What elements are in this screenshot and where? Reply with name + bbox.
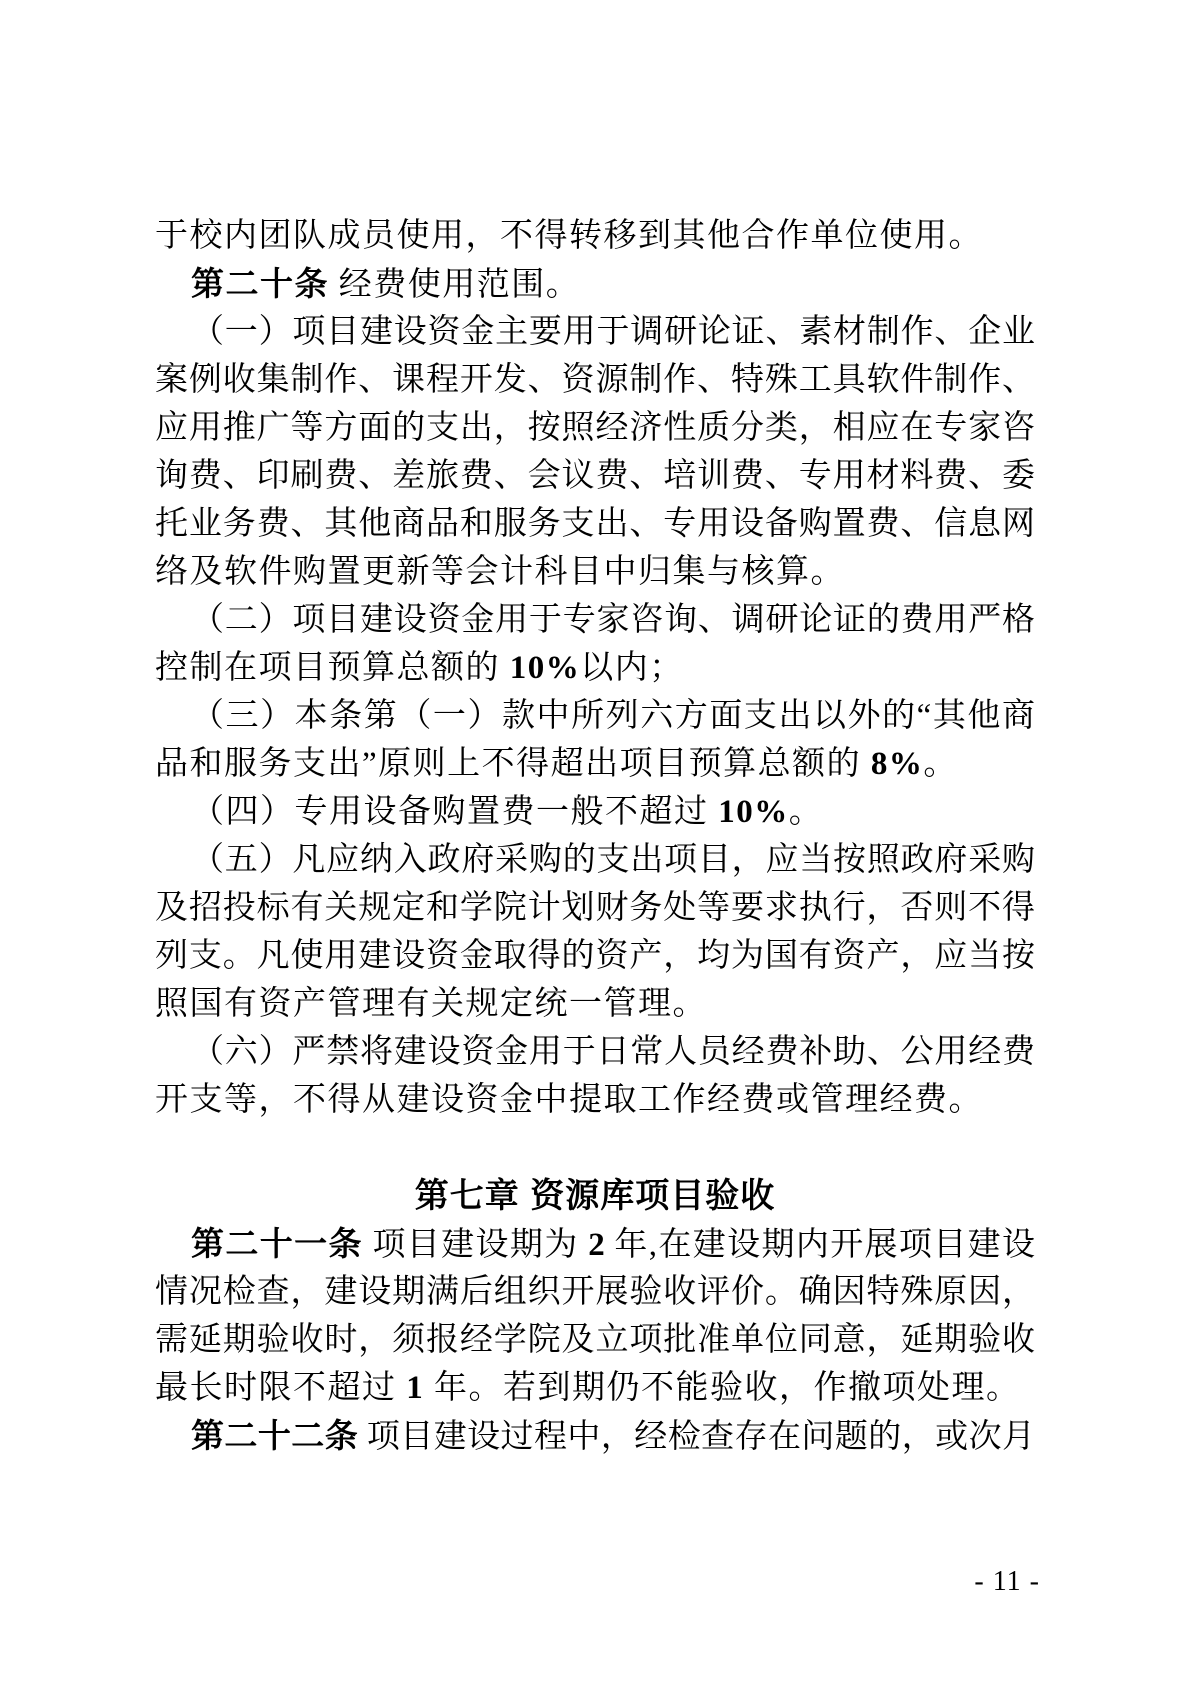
text-run: 及招投标有关规定和学院计划财务处等要求执行，否则不得	[155, 890, 1035, 926]
document-line: 络及软件购置更新等会计科目中归集与核算。	[155, 548, 1035, 596]
numeric-emphasis: 1	[406, 1370, 424, 1406]
numeric-emphasis: 10%	[510, 650, 581, 686]
document-line: 询费、印刷费、差旅费、会议费、培训费、专用材料费、委	[155, 452, 1035, 500]
text-run: （六）严禁将建设资金用于日常人员经费补助、公用经费	[191, 1034, 1035, 1070]
document-line: 情况检查，建设期满后组织开展验收评价。确因特殊原因，	[155, 1268, 1035, 1316]
article-number-label: 第二十条	[191, 265, 329, 302]
text-run: （五）凡应纳入政府采购的支出项目，应当按照政府采购	[191, 842, 1035, 878]
text-run: 情况检查，建设期满后组织开展验收评价。确因特殊原因，	[155, 1274, 1035, 1310]
article-number-label: 第二十二条	[191, 1417, 358, 1454]
document-line: （五）凡应纳入政府采购的支出项目，应当按照政府采购	[155, 836, 1035, 884]
numeric-emphasis: 2	[588, 1227, 605, 1263]
text-run: 案例收集制作、课程开发、资源制作、特殊工具软件制作、	[155, 362, 1035, 398]
document-line: 托业务费、其他商品和服务支出、专用设备购置费、信息网	[155, 500, 1035, 548]
text-run: 项目建设过程中，经检查存在问题的，或次月	[358, 1419, 1035, 1455]
text-run: 控制在项目预算总额的	[155, 650, 510, 686]
text-run: 开支等，不得从建设资金中提取工作经费或管理经费。	[155, 1082, 983, 1118]
text-run: 需延期验收时，须报经学院及立项批准单位同意，延期验收	[155, 1322, 1035, 1358]
text-run: 以内；	[580, 650, 684, 686]
text-run: 项目建设期为	[363, 1227, 588, 1263]
text-run: 络及软件购置更新等会计科目中归集与核算。	[155, 554, 845, 590]
document-line: 照国有资产管理有关规定统一管理。	[155, 980, 1035, 1028]
text-run: 列支。凡使用建设资金取得的资产，均为国有资产，应当按	[155, 938, 1035, 974]
document-line: 最长时限不超过 1 年。若到期仍不能验收，作撤项处理。	[155, 1364, 1035, 1412]
document-line: 列支。凡使用建设资金取得的资产，均为国有资产，应当按	[155, 932, 1035, 980]
document-line: （一）项目建设资金主要用于调研论证、素材制作、企业	[155, 308, 1035, 356]
text-run: 。	[789, 794, 824, 830]
text-run: （二）项目建设资金用于专家咨询、调研论证的费用严格	[191, 602, 1035, 638]
text-run: 于校内团队成员使用，不得转移到其他合作单位使用。	[155, 218, 983, 254]
page-number: - 11 -	[974, 1566, 1040, 1598]
text-run: 照国有资产管理有关规定统一管理。	[155, 986, 707, 1022]
text-run: 年,在建设期内开展项目建设	[605, 1227, 1035, 1263]
document-line: 应用推广等方面的支出，按照经济性质分类，相应在专家咨	[155, 404, 1035, 452]
text-run: 经费使用范围。	[329, 267, 580, 303]
text-run: 品和服务支出”原则上不得超出项目预算总额的	[155, 746, 871, 782]
document-line: （四）专用设备购置费一般不超过 10%。	[155, 788, 1035, 836]
document-line: 控制在项目预算总额的 10%以内；	[155, 644, 1035, 692]
document-page: 于校内团队成员使用，不得转移到其他合作单位使用。第二十条 经费使用范围。（一）项…	[0, 0, 1190, 1683]
document-line: 于校内团队成员使用，不得转移到其他合作单位使用。	[155, 212, 1035, 260]
document-line: （二）项目建设资金用于专家咨询、调研论证的费用严格	[155, 596, 1035, 644]
document-line: （六）严禁将建设资金用于日常人员经费补助、公用经费	[155, 1028, 1035, 1076]
document-line: 案例收集制作、课程开发、资源制作、特殊工具软件制作、	[155, 356, 1035, 404]
text-run: （四）专用设备购置费一般不超过	[191, 794, 718, 830]
document-line: 第二十一条 项目建设期为 2 年,在建设期内开展项目建设	[155, 1220, 1035, 1268]
numeric-emphasis: 8%	[871, 746, 924, 782]
text-run: （一）项目建设资金主要用于调研论证、素材制作、企业	[191, 314, 1035, 350]
text-run: 应用推广等方面的支出，按照经济性质分类，相应在专家咨	[155, 410, 1035, 446]
document-line: 开支等，不得从建设资金中提取工作经费或管理经费。	[155, 1076, 1035, 1124]
article-number-label: 第二十一条	[191, 1225, 363, 1262]
document-line: 及招投标有关规定和学院计划财务处等要求执行，否则不得	[155, 884, 1035, 932]
text-run: 。	[923, 746, 958, 782]
document-line: 第二十二条 项目建设过程中，经检查存在问题的，或次月	[155, 1412, 1035, 1460]
numeric-emphasis: 10%	[718, 794, 789, 830]
text-run: 托业务费、其他商品和服务支出、专用设备购置费、信息网	[155, 506, 1035, 542]
text-run: 最长时限不超过	[155, 1370, 406, 1406]
chapter-heading: 第七章 资源库项目验收	[155, 1172, 1035, 1220]
document-line: （三）本条第（一）款中所列六方面支出以外的“其他商	[155, 692, 1035, 740]
text-run: 询费、印刷费、差旅费、会议费、培训费、专用材料费、委	[155, 458, 1035, 494]
document-line: 第二十条 经费使用范围。	[155, 260, 1035, 308]
document-line: 需延期验收时，须报经学院及立项批准单位同意，延期验收	[155, 1316, 1035, 1364]
document-body: 于校内团队成员使用，不得转移到其他合作单位使用。第二十条 经费使用范围。（一）项…	[155, 212, 1035, 1460]
document-line: 品和服务支出”原则上不得超出项目预算总额的 8%。	[155, 740, 1035, 788]
text-run: （三）本条第（一）款中所列六方面支出以外的“其他商	[191, 698, 1035, 734]
text-run: 年。若到期仍不能验收，作撤项处理。	[424, 1370, 1020, 1406]
